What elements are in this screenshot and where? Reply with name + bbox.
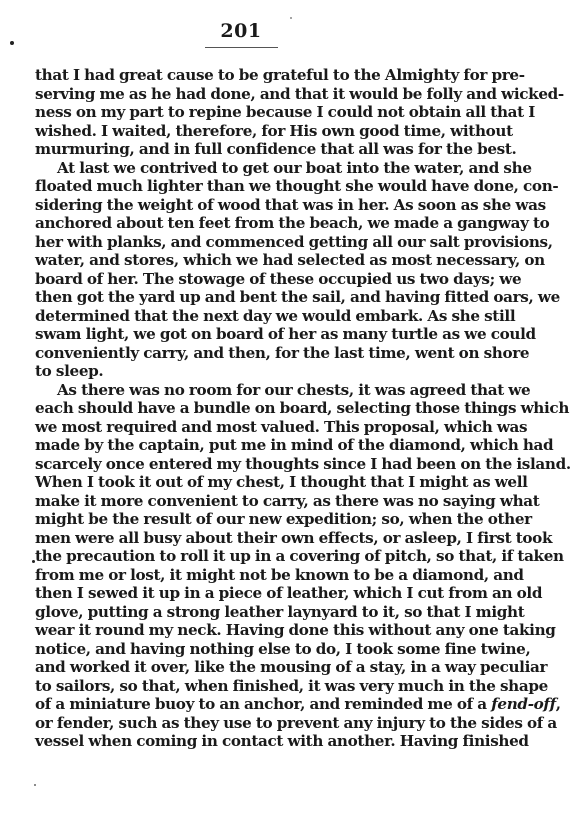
text-line: sidering the weight of wood that was in … xyxy=(35,196,503,215)
scan-speck-left xyxy=(10,41,14,45)
text-line: her with planks, and commenced getting a… xyxy=(35,233,503,252)
body-text: that I had great cause to be grateful to… xyxy=(35,66,503,751)
text-segment: of a miniature buoy to an anchor, and re… xyxy=(35,695,491,713)
scan-speck-right xyxy=(290,17,292,19)
text-line: murmuring, and in full confidence that a… xyxy=(35,140,503,159)
text-line: swam light, we got on board of her as ma… xyxy=(35,325,503,344)
text-line: As there was no room for our chests, it … xyxy=(35,381,503,400)
text-line: to sleep. xyxy=(35,362,503,381)
text-line: wear it round my neck. Having done this … xyxy=(35,621,503,640)
text-line-with-italic: of a miniature buoy to an anchor, and re… xyxy=(35,695,503,714)
text-line: glove, putting a strong leather laynyard… xyxy=(35,603,503,622)
text-line: At last we contrived to get our boat int… xyxy=(35,159,503,178)
text-line: each should have a bundle on board, sele… xyxy=(35,399,503,418)
text-line: we most required and most valued. This p… xyxy=(35,418,503,437)
text-line: anchored about ten feet from the beach, … xyxy=(35,214,503,233)
page-number: 201 xyxy=(205,20,277,42)
text-line: to sailors, so that, when finished, it w… xyxy=(35,677,503,696)
header-rule xyxy=(205,47,278,48)
text-line: When I took it out of my chest, I though… xyxy=(35,473,503,492)
text-line: from me or lost, it might not be known t… xyxy=(35,566,503,585)
italic-term-fend-off: fend-off xyxy=(491,695,556,713)
scan-speck-bottom xyxy=(34,784,36,786)
text-line: water, and stores, which we had selected… xyxy=(35,251,503,270)
text-line: scarcely once entered my thoughts since … xyxy=(35,455,503,474)
text-line: men were all busy about their own effect… xyxy=(35,529,503,548)
text-line: then got the yard up and bent the sail, … xyxy=(35,288,503,307)
text-line: or fender, such as they use to prevent a… xyxy=(35,714,503,733)
text-line: and worked it over, like the mousing of … xyxy=(35,658,503,677)
text-line: wished. I waited, therefore, for His own… xyxy=(35,122,503,141)
text-line: then I sewed it up in a piece of leather… xyxy=(35,584,503,603)
text-line: make it more convenient to carry, as the… xyxy=(35,492,503,511)
text-line: floated much lighter than we thought she… xyxy=(35,177,503,196)
text-line: board of her. The stowage of these occup… xyxy=(35,270,503,289)
text-line: vessel when coming in contact with anoth… xyxy=(35,732,503,751)
text-line: made by the captain, put me in mind of t… xyxy=(35,436,503,455)
text-line: serving me as he had done, and that it w… xyxy=(35,85,503,104)
text-line: ness on my part to repine because I coul… xyxy=(35,103,503,122)
text-segment: , xyxy=(556,695,561,713)
text-line: that I had great cause to be grateful to… xyxy=(35,66,503,85)
text-line: the precaution to roll it up in a coveri… xyxy=(35,547,503,566)
text-line: conveniently carry, and then, for the la… xyxy=(35,344,503,363)
text-line: might be the result of our new expeditio… xyxy=(35,510,503,529)
text-line: notice, and having nothing else to do, I… xyxy=(35,640,503,659)
text-line: determined that the next day we would em… xyxy=(35,307,503,326)
